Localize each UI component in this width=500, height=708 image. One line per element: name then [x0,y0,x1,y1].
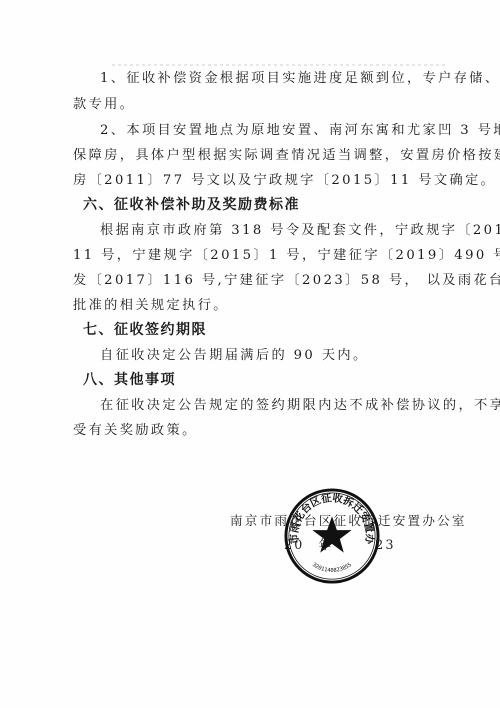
section-6-line-3: 发〔2017〕116 号,宁建征字〔2023〕58 号， 以及雨花台区政府 [73,272,500,289]
section-6-line-2: 11 号，宁建规字〔2015〕1 号，宁建征字〔2019〕490 号，宁政办 [73,247,500,264]
paragraph-1-line-1: 1、征收补偿资金根据项目实施进度足额到位，专户存储、专 [100,70,500,87]
seal-serial: 3201140823855 [311,562,353,574]
section-8-heading: 八、其他事项 [83,372,176,389]
paragraph-1-line-2: 款专用。 [73,96,135,113]
star-icon [312,516,351,552]
scan-artifact-line [112,64,447,66]
section-6-line-4: 批准的相关规定执行。 [73,297,229,314]
document-page: 1、征收补偿资金根据项目实施进度足额到位，专户存储、专 款专用。 2、本项目安置… [0,0,500,708]
section-6-line-1: 根据南京市政府第 318 号令及配套文件，宁政规字〔2015〕 [100,222,500,239]
section-7-heading: 七、征收签约期限 [83,322,207,339]
section-6-heading: 六、征收补偿补助及奖励费标准 [83,197,300,214]
section-7-line-1: 自征收决定公告期届满后的 90 天内。 [100,347,369,364]
paragraph-2-line-1: 2、本项目安置地点为原地安置、南河东寓和尤家凹 3 号地块 [100,122,500,139]
paragraph-2-line-2: 保障房，具体户型根据实际调查情况适当调整，安置房价格按建 [73,147,500,164]
section-8-line-2: 受有关奖励政策。 [73,422,198,439]
section-8-line-1: 在征收决定公告规定的签约期限内达不成补偿协议的，不享 [100,397,500,414]
paragraph-2-line-3: 房〔2011〕77 号文以及宁政规字〔2015〕11 号文确定。 [73,172,496,189]
official-seal-icon: 南京市雨花台区征收拆迁安置办公室 3201140823855 [283,487,381,585]
svg-text:3201140823855: 3201140823855 [311,562,353,574]
